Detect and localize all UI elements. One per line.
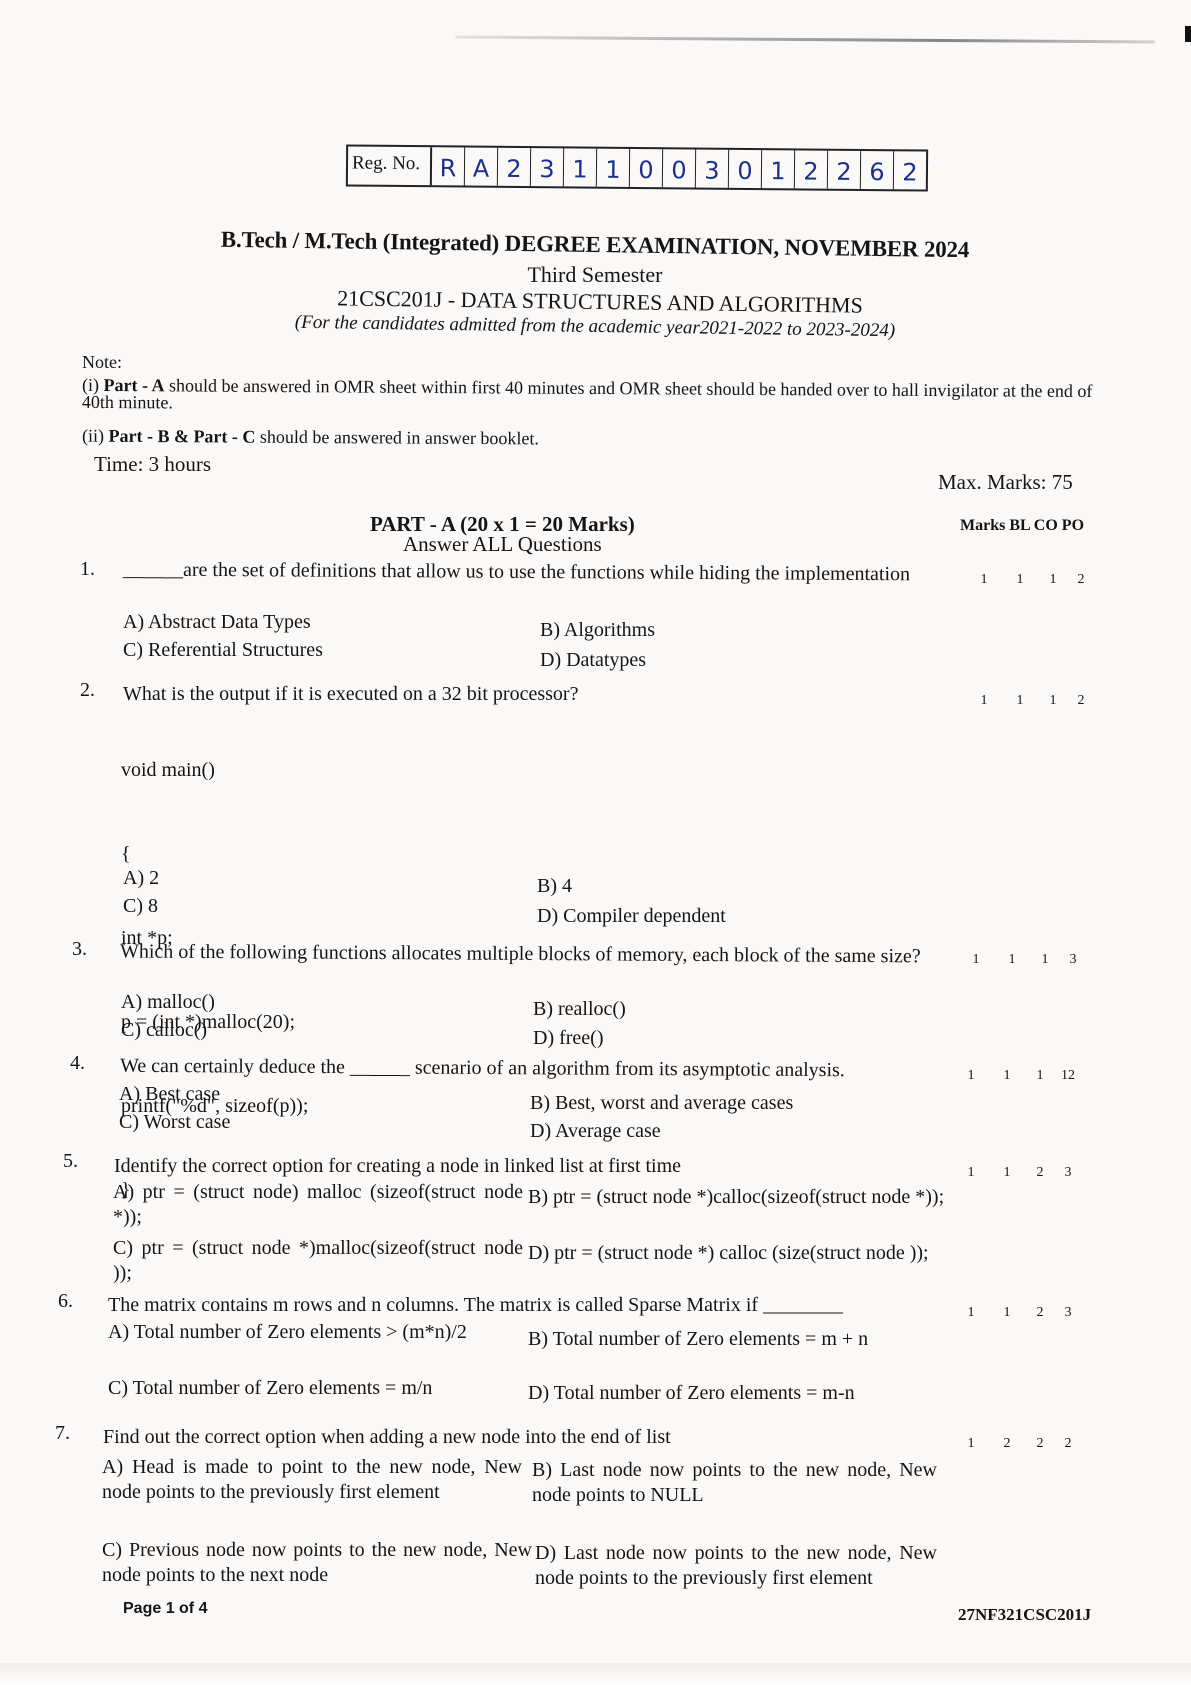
po: 3 — [1058, 952, 1088, 968]
option-d: D) free() — [533, 1026, 604, 1051]
code-line: { — [121, 840, 308, 868]
po: 2 — [1053, 1436, 1083, 1452]
exam-duration: Time: 3 hours — [94, 452, 211, 477]
option-d: D) Last node now points to the new node,… — [535, 1541, 937, 1591]
option-b: B) Best, worst and average cases — [530, 1091, 793, 1116]
note-label: Note: — [82, 352, 122, 373]
note-2-bold: Part - B & Part - C — [108, 426, 255, 447]
option-a: A) ptr = (struct node) malloc (sizeof(st… — [113, 1180, 523, 1230]
question-meta: 11112 — [955, 1068, 1083, 1084]
page-number: Page 1 of 4 — [123, 1600, 207, 1618]
question-number: 4. — [70, 1052, 85, 1075]
reg-char: A — [465, 147, 498, 185]
reg-char: 2 — [498, 148, 531, 186]
po: 2 — [1066, 693, 1096, 709]
question-text: Which of the following functions allocat… — [120, 939, 950, 969]
question-number: 5. — [63, 1150, 78, 1173]
reg-char: 2 — [894, 151, 926, 189]
option-a: A) Total number of Zero elements > (m*n)… — [108, 1320, 526, 1345]
reg-char: R — [432, 147, 465, 185]
reg-char: 2 — [795, 150, 828, 188]
bl: 1 — [1000, 572, 1040, 588]
option-a: A) 2 — [123, 866, 159, 891]
page-bottom-edge — [0, 1663, 1191, 1685]
co: 1 — [1040, 572, 1066, 588]
question-number: 3. — [72, 938, 87, 961]
co: 1 — [1027, 1068, 1053, 1084]
exam-title: B.Tech / M.Tech (Integrated) DEGREE EXAM… — [205, 227, 985, 264]
option-b: B) realloc() — [533, 997, 626, 1022]
po: 2 — [1066, 572, 1096, 588]
question-meta: 1123 — [955, 1305, 1083, 1321]
option-a: A) malloc() — [121, 990, 215, 1015]
question-meta: 1112 — [968, 572, 1096, 588]
reg-no-label: Reg. No. — [348, 146, 432, 185]
po: 12 — [1053, 1068, 1083, 1084]
registration-number-box: Reg. No. R A 2 3 1 1 0 0 3 0 1 2 2 6 2 — [346, 144, 928, 191]
question-text: Identify the correct option for creating… — [114, 1154, 681, 1179]
option-d: D) Average case — [530, 1119, 661, 1144]
question-text: We can certainly deduce the ______ scena… — [120, 1054, 845, 1083]
option-b: B) ptr = (struct node *)calloc(sizeof(st… — [528, 1185, 948, 1210]
marks: 1 — [955, 1165, 987, 1181]
reg-char: 3 — [696, 150, 729, 188]
option-d: D) Compiler dependent — [537, 904, 726, 929]
note-1-text: should be answered in OMR sheet within f… — [82, 375, 1093, 412]
reg-char: 2 — [828, 151, 861, 189]
bl: 1 — [987, 1165, 1027, 1181]
reg-char: 3 — [531, 148, 564, 186]
option-b: B) 4 — [537, 874, 572, 899]
note-item-2: (ii) Part - B & Part - C should be answe… — [82, 426, 539, 450]
option-d: D) ptr = (struct node *) calloc (size(st… — [528, 1241, 948, 1266]
bl: 2 — [987, 1436, 1027, 1452]
question-meta: 1113 — [960, 952, 1088, 968]
reg-char: 1 — [762, 150, 795, 188]
option-c: C) Previous node now points to the new n… — [102, 1538, 532, 1588]
semester: Third Semester — [520, 262, 670, 288]
question-meta: 1222 — [955, 1436, 1083, 1452]
option-c: C) Worst case — [119, 1110, 230, 1135]
question-meta: 1123 — [955, 1165, 1083, 1181]
question-number: 6. — [58, 1290, 73, 1313]
scan-edge-shadow — [455, 36, 1155, 44]
option-a: A) Abstract Data Types — [123, 610, 311, 635]
bl: 1 — [992, 952, 1032, 968]
option-c: C) Total number of Zero elements = m/n — [108, 1376, 432, 1401]
marks: 1 — [968, 572, 1000, 588]
option-c: C) ptr = (struct node *)malloc(sizeof(st… — [113, 1236, 523, 1286]
option-b: B) Last node now points to the new node,… — [532, 1458, 937, 1508]
option-b: B) Total number of Zero elements = m + n — [528, 1327, 938, 1352]
option-a: A) Best case — [119, 1082, 220, 1107]
marks: 1 — [955, 1068, 987, 1084]
reg-char: 1 — [597, 149, 630, 187]
note-2-text: should be answered in answer booklet. — [255, 427, 539, 449]
co: 2 — [1027, 1305, 1053, 1321]
bl: 1 — [987, 1305, 1027, 1321]
code-line: void main() — [121, 756, 308, 784]
option-d: D) Datatypes — [540, 648, 646, 673]
question-text: The matrix contains m rows and n columns… — [108, 1293, 843, 1318]
marks: 1 — [955, 1305, 987, 1321]
option-a: A) Head is made to point to the new node… — [102, 1455, 522, 1505]
reg-char: 0 — [729, 150, 762, 188]
po: 3 — [1053, 1165, 1083, 1181]
note-item-1: (i) Part - A should be answered in OMR s… — [82, 377, 1112, 417]
co: 2 — [1027, 1436, 1053, 1452]
reg-char: 0 — [663, 149, 696, 187]
question-meta: 1112 — [968, 693, 1096, 709]
question-text: Find out the correct option when adding … — [103, 1425, 671, 1450]
max-marks: Max. Marks: 75 — [938, 470, 1073, 495]
marks: 1 — [960, 952, 992, 968]
option-c: C) 8 — [123, 894, 158, 919]
bl: 1 — [987, 1068, 1027, 1084]
marks-columns-header: Marks BL CO PO — [960, 517, 1084, 535]
co: 1 — [1032, 952, 1058, 968]
option-c: C) calloc() — [121, 1018, 207, 1043]
question-number: 1. — [80, 558, 95, 581]
note-2-prefix: (ii) — [82, 426, 109, 446]
option-b: B) Algorithms — [540, 618, 655, 643]
option-d: D) Total number of Zero elements = m-n — [528, 1381, 855, 1406]
po: 3 — [1053, 1305, 1083, 1321]
reg-char: 1 — [564, 148, 597, 186]
co: 1 — [1040, 693, 1066, 709]
question-text: ______are the set of definitions that al… — [123, 557, 955, 587]
code-snippet: void main() { int *p; p = (int *)malloc(… — [121, 700, 308, 1232]
option-c: C) Referential Structures — [123, 638, 323, 663]
marks: 1 — [968, 693, 1000, 709]
co: 2 — [1027, 1165, 1053, 1181]
question-number: 2. — [80, 679, 95, 702]
paper-code: 27NF321CSC201J — [958, 1605, 1091, 1625]
part-a-subtitle: Answer ALL Questions — [403, 532, 602, 557]
question-number: 7. — [55, 1422, 70, 1445]
marks: 1 — [955, 1436, 987, 1452]
reg-char: 0 — [630, 149, 663, 187]
bl: 1 — [1000, 693, 1040, 709]
scan-corner-mark — [1185, 26, 1191, 42]
reg-char: 6 — [861, 151, 894, 189]
